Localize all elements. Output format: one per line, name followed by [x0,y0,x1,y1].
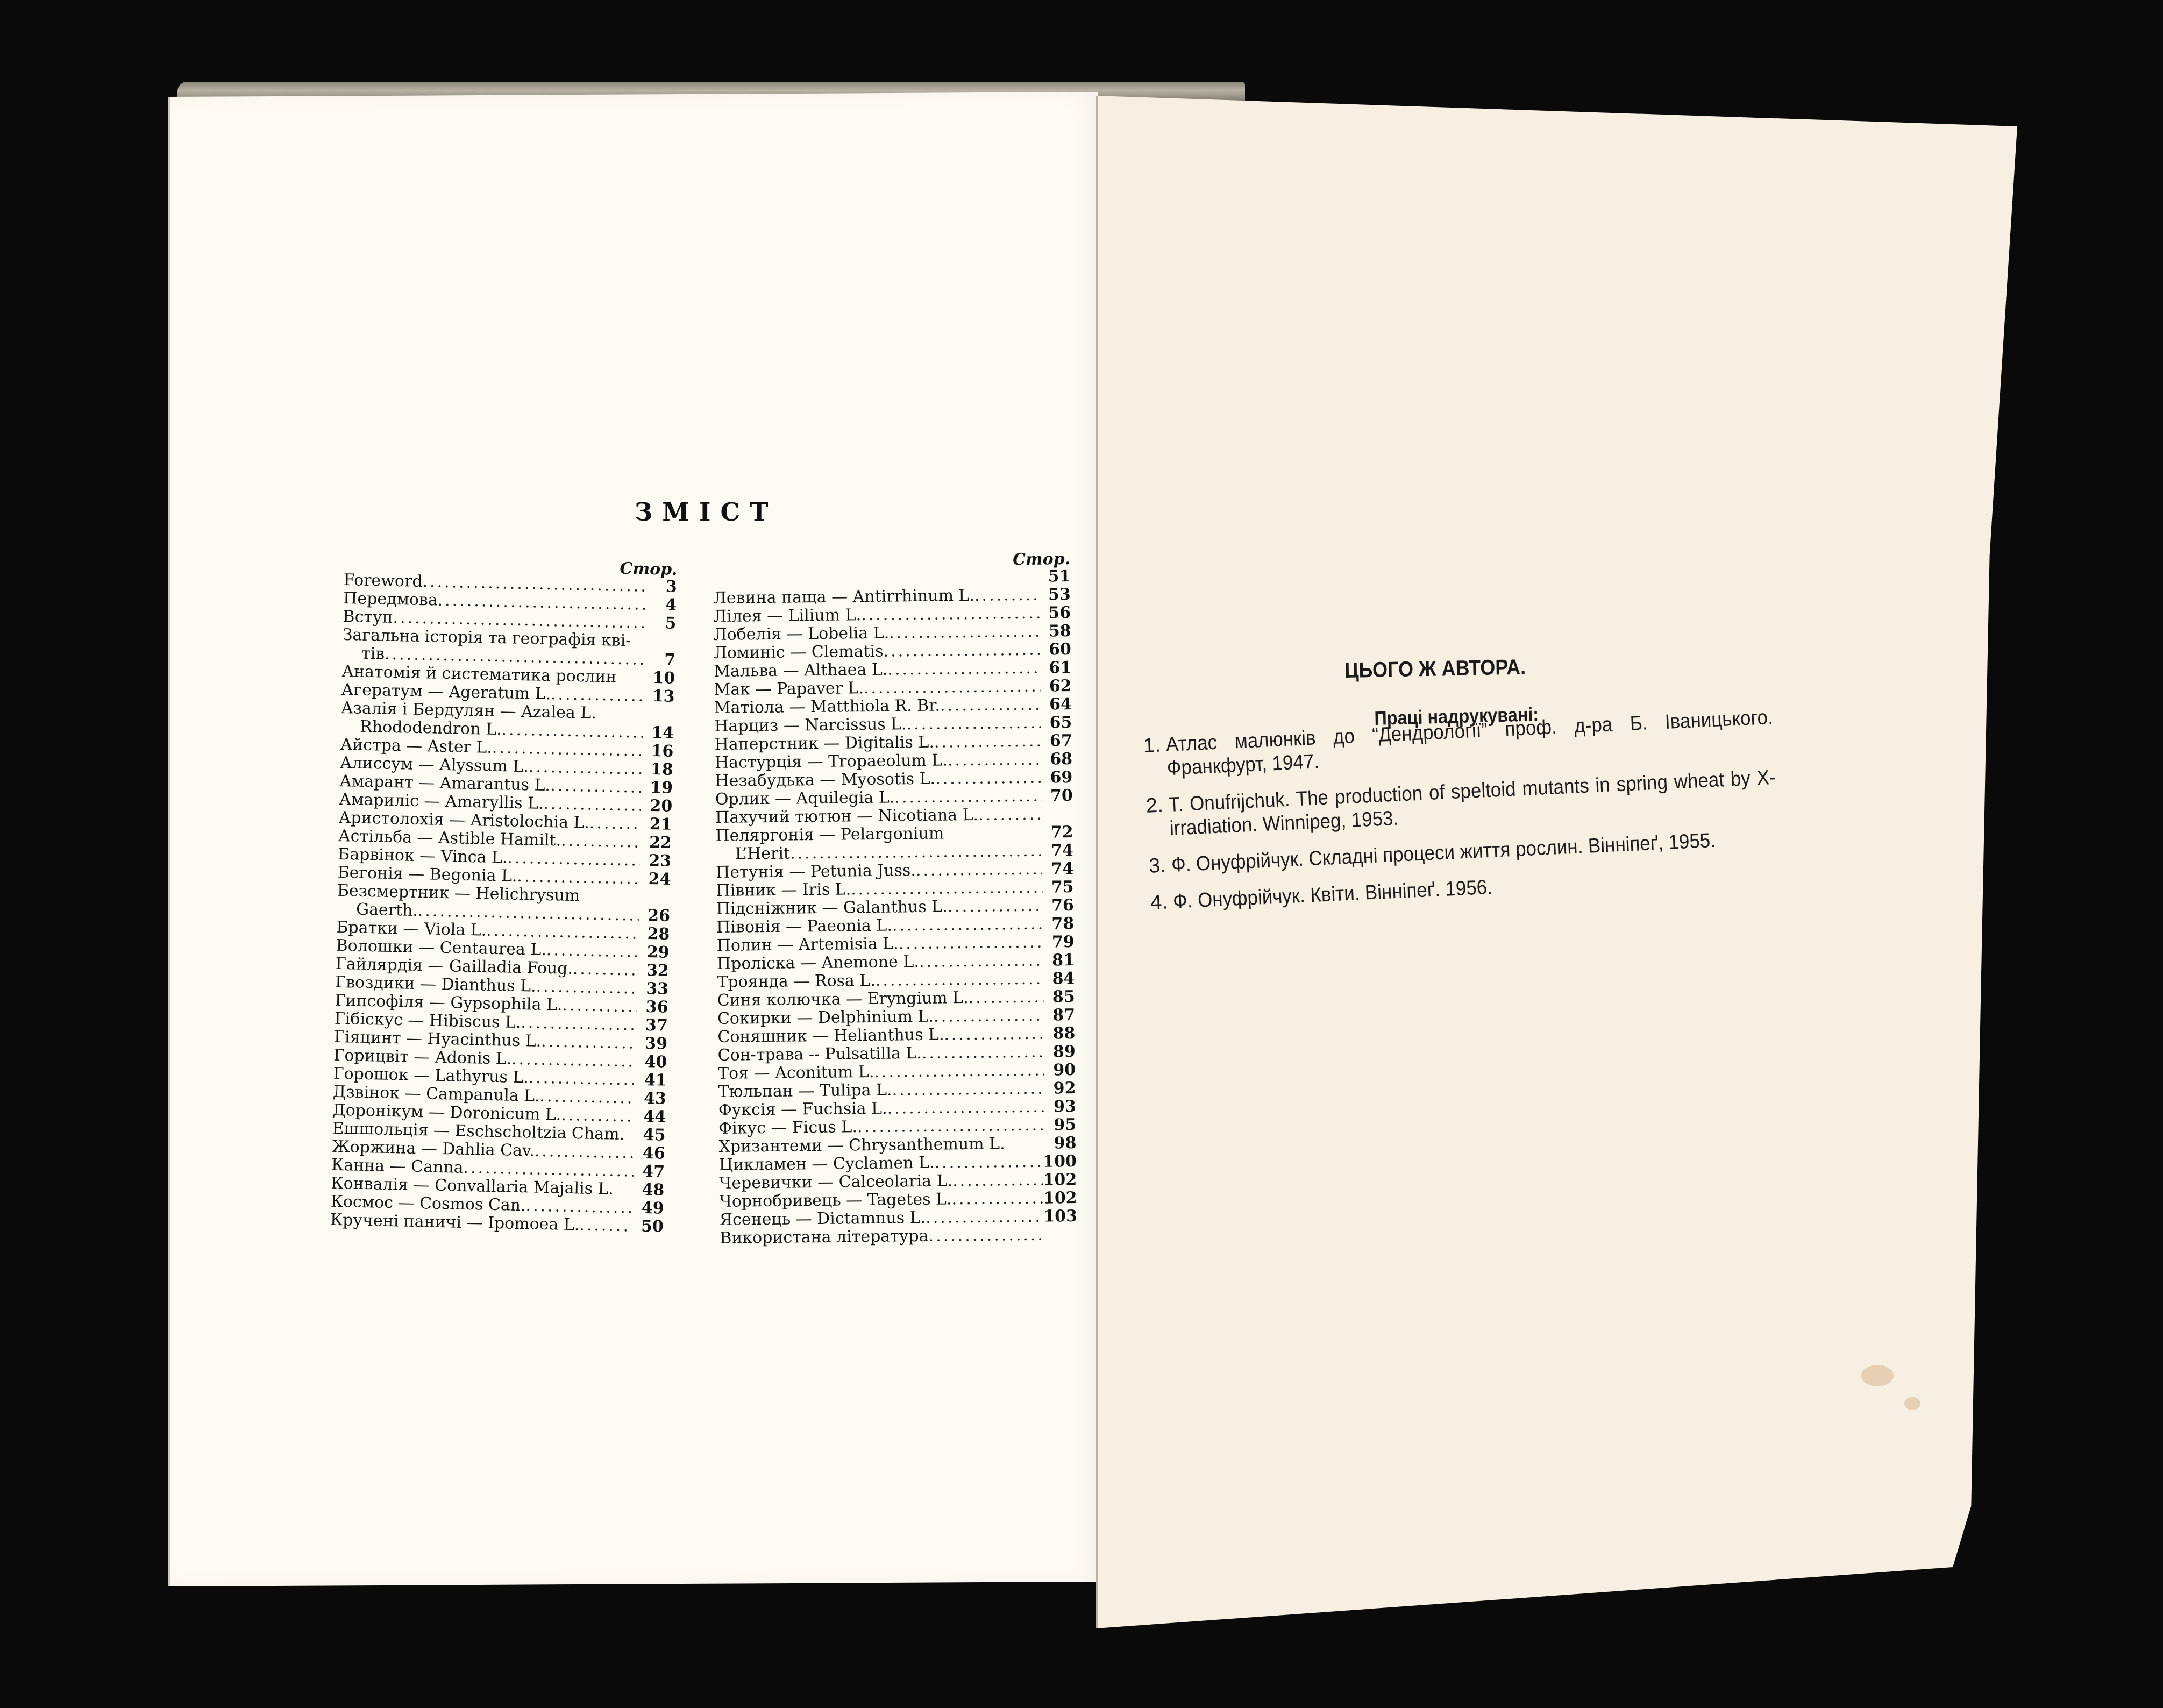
leader-dots [892,915,1043,935]
toc-page-number: 75 [1042,878,1073,897]
toc-page-number: 79 [1043,933,1074,952]
toc-page-number: 48 [633,1181,665,1200]
toc-page-number: 76 [1043,896,1074,915]
toc-page-number: 87 [1044,1006,1075,1025]
work-citation: T. Onufrijchuk. The production of spelto… [1168,766,1777,841]
toc-page-number: 58 [1040,622,1071,641]
toc-entry-label: Настурція — Tropaeolum L. [715,751,948,772]
toc-entry-label: Сокирки — Delphinium L. [717,1008,934,1028]
toc-page-number: 92 [1044,1079,1076,1098]
toc-entry-label: Мак — Papaver L. [714,679,864,699]
by-same-author-title: ЦЬОГО Ж АВТОРА. [1344,655,1526,683]
toc-entry-label: Наперстник — Digitalis L. [715,734,935,754]
toc-column-right: Стор. 51Левина паща — Antirrhinum L. 53Л… [713,550,1077,1248]
leader-dots [907,714,1041,734]
toc-page-number: 33 [637,980,669,999]
leader-dots [521,1014,637,1035]
toc-page-number: 88 [1044,1024,1075,1043]
toc-entry-label: Троянда — Rosa L. [717,972,876,992]
toc-page-number: 14 [643,724,674,743]
toc-page-number: 49 [632,1199,664,1218]
toc-entry: Використана література [720,1226,1077,1248]
toc-entry-label: Незабудька — Myosotis L. [715,770,935,791]
leader-dots [551,685,644,706]
toc-entry-label: Півник — Iris L. [716,880,851,900]
leader-dots [934,1153,1043,1172]
toc-entry-label: Лобелія — Lobelia L. [713,624,889,644]
toc-entry-label: Foreword [344,571,423,591]
leader-dots [894,787,1042,807]
toc-entry-label: тів [361,645,385,664]
work-number: 2. [1145,793,1170,842]
toc-page-number: 72 [1042,823,1073,842]
toc-entry-label: Пеляргонія — Pelargonium [715,825,944,845]
toc-page-number: 102 [1043,1189,1077,1208]
leader-dots [948,751,1041,770]
leader-dots [889,623,1040,643]
leader-dots [562,997,637,1016]
toc-entry-label: Цикламен — Cyclamen L. [719,1154,935,1175]
toc-page-number: 102 [1043,1171,1077,1190]
leader-dots [934,1007,1044,1026]
toc-page-number: 100 [1043,1152,1077,1171]
toc-page-number: 89 [1044,1043,1076,1062]
leader-dots [940,696,1041,715]
leader-dots [887,659,1040,679]
leader-dots [525,1197,633,1217]
leader-dots [922,1043,1044,1063]
leader-dots [589,814,641,834]
toc-page-number: 23 [640,852,672,871]
leader-dots [916,860,1043,880]
leader-dots [978,806,1042,824]
toc-entry-label: Матіола — Matthiola R. Br. [714,697,940,717]
leader-dots [535,1142,635,1163]
toc-page-number: 50 [632,1218,664,1236]
toc-page-number: 20 [641,797,673,816]
toc-column-left: Стор. Foreword 3Передмова 4Вступ 5Загаль… [330,554,678,1236]
leader-dots [511,1050,636,1071]
toc-page-number: 68 [1041,750,1072,769]
toc-page-number: 78 [1043,915,1074,934]
toc-page-number: 29 [638,943,670,962]
toc-page-number: 93 [1045,1098,1076,1116]
published-works-list: 1.Атлас малюнків до “Дендрології” проф. … [1143,703,1834,927]
toc-page-number: 47 [634,1163,665,1182]
toc-page-number: 95 [1045,1116,1076,1135]
toc-page-number: 51 [1039,567,1070,586]
toc-entry-label: Фікус — Ficus L. [718,1118,857,1138]
toc-page-number: 4 [645,596,677,615]
leader-dots [935,769,1042,788]
toc-page-number: 90 [1044,1061,1076,1080]
toc-page-number: 41 [635,1071,667,1090]
toc-entry-label: Канна — Canna [331,1156,464,1177]
toc-page-number: 85 [1043,988,1075,1007]
toc-page-number: 70 [1042,787,1073,806]
toc-entry-label: Проліска — Anemone L. [717,953,919,973]
toc-entry-label: Сон-трава -- Pulsatilla L. [718,1044,922,1065]
toc-page-number: 62 [1040,677,1071,696]
leader-dots [517,867,640,888]
leader-dots [864,678,1041,698]
work-number: 4. [1150,890,1173,915]
leader-dots [507,849,640,870]
leader-dots [573,960,638,980]
leader-dots [944,1025,1044,1044]
toc-page-number: 37 [636,1016,668,1035]
leader-dots [546,941,638,962]
toc-page-number: 7 [644,651,676,670]
leader-dots [934,732,1041,752]
leader-dots [536,978,637,998]
toc-entry-label: Полин — Artemisia L. [716,935,898,955]
toc-entry-label: Використана література [720,1227,929,1248]
leader-dots [851,879,1043,899]
leader-dots [857,1116,1045,1137]
toc-page-number: 40 [636,1053,667,1072]
leader-dots [883,641,1040,661]
leader-dots [892,1080,1044,1100]
toc-page-number: 39 [636,1035,668,1054]
toc-entry-label: Петунія — Petunia Juss. [716,862,916,882]
toc-page-number: 45 [634,1126,666,1145]
leader-dots [529,758,642,778]
toc-page-number: 84 [1043,970,1075,988]
leader-dots [492,739,643,760]
toc-page-number: 10 [644,669,675,688]
leader-dots [948,897,1043,916]
leader-dots [899,934,1043,953]
leader-dots [969,988,1044,1007]
toc-title: ЗМІСТ [635,497,778,526]
toc-entry-label: Орлик — Aquilegia L. [715,788,895,808]
leader-dots [928,1226,1046,1246]
toc-page-number: 60 [1040,640,1071,659]
toc-page-number: 3 [645,578,677,596]
toc-page-number: 32 [638,962,670,980]
toc-entry-label: Тюльпан — Tulipa L. [718,1081,892,1101]
page-column-header: Стор. [713,550,1070,571]
toc-page-number: 24 [639,870,671,889]
toc-page-number: 13 [643,687,675,706]
toc-entry-label: Півонія — Paeonia L. [716,917,892,937]
work-number: 1. [1143,733,1168,781]
toc-page-number: 46 [634,1144,665,1163]
toc-page-number: 21 [641,815,672,834]
toc-page-number: 36 [637,998,668,1017]
leader-dots [874,1062,1044,1081]
toc-entry-label: Соняшник — Helianthus L. [717,1026,944,1047]
toc-page-number: 81 [1043,951,1075,970]
toc-page-number: 28 [638,925,670,944]
toc-entry-label: Пахучий тютюн — Nicotiana L. [715,806,978,827]
toc-entry-label: Фуксія — Fuchsia L. [718,1100,887,1120]
leader-dots [561,832,641,852]
toc-entry-label: L’Herit [735,845,791,864]
toc-entry-label: Синя колючка — Eryngium L. [717,989,969,1010]
leader-dots [951,1190,1043,1209]
toc-page-number: 18 [642,760,673,779]
toc-page-number: 98 [1045,1134,1076,1153]
toc-page-number: 74 [1042,842,1073,860]
toc-entry-label: Передмова [343,589,438,610]
toc-entry-label: Ясенець — Dictamnus L. [720,1209,926,1229]
toc-entry-label: Ломиніс — Clematis [714,643,884,663]
leader-dots [539,1087,635,1108]
toc-entry-label: Черевички — Calceolaria L. [719,1172,952,1193]
leader-dots [543,795,642,815]
leader-dots [926,1208,1044,1227]
leader-dots [887,1098,1045,1118]
leader-dots [919,952,1043,971]
toc-entry-label: Підсніжник — Galanthus L. [716,898,948,918]
toc-page-number: 44 [635,1108,666,1127]
toc-entry-label: Нарциз — Narcissus L. [714,715,907,736]
toc-page-number: 16 [642,742,674,761]
toc-page-number: 43 [635,1090,667,1108]
toc-entry-label: Чорнобривець — Tagetes L. [719,1190,951,1211]
work-number: 3. [1148,853,1172,878]
toc-entry-label: Братки — Viola L. [336,919,486,940]
leader-dots [528,1069,636,1089]
toc-entry-label: Мальва — Althaea L. [714,661,887,681]
toc-page-number: 74 [1042,860,1073,879]
toc-page-number: 22 [641,834,672,852]
toc-page-number: 61 [1040,659,1071,678]
toc-page-number: 19 [642,779,673,798]
toc-entry-label: Вступ [343,608,393,627]
toc-entry-label: Gaerth. [356,901,418,920]
leader-dots [974,586,1040,605]
leader-dots [561,1106,635,1126]
toc-page-number: 103 [1043,1207,1077,1226]
toc-page-number: 69 [1041,768,1072,787]
leader-dots [541,1033,637,1053]
toc-page-number: 64 [1041,695,1072,714]
toc-page-number: 65 [1041,714,1072,732]
toc-entry-label: Хризантеми — Chrysanthemum L. [718,1135,1005,1156]
leader-dots [550,777,642,797]
toc-entry-label: Левина паща — Antirrhinum L. [713,587,974,608]
toc-entry-label: Лілея — Lilium L. [713,606,861,626]
leader-dots [952,1171,1043,1191]
toc-entry-label: Rhododendron L. [360,718,502,739]
leader-dots [501,721,643,742]
toc-page-number: 67 [1041,732,1072,751]
leader-dots [861,604,1040,624]
toc-entry-label: Тоя — Aconitum L. [718,1063,874,1083]
toc-page-number: 5 [645,614,677,633]
toc-page-number: 26 [639,907,671,926]
leader-dots [876,970,1044,990]
leader-dots [579,1216,632,1235]
leader-dots [790,842,1042,863]
toc-page-number: 56 [1040,604,1071,623]
toc-page-number: 53 [1040,586,1071,604]
